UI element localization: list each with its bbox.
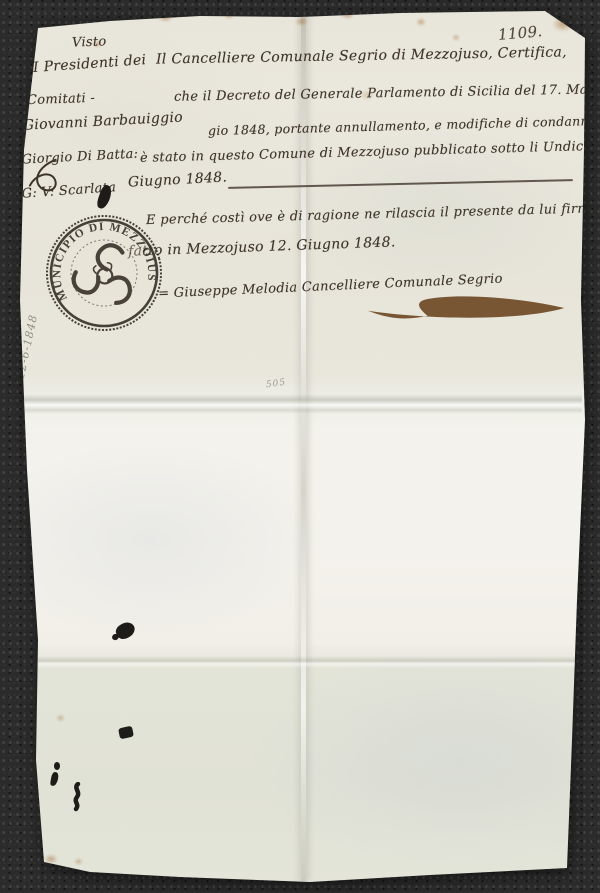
document-photo: 1109. Visto I Presidenti dei Comitati - … xyxy=(0,0,600,893)
paper-sheet: 1109. Visto I Presidenti dei Comitati - … xyxy=(0,0,600,893)
fold-crease-horizontal-1 xyxy=(22,394,582,414)
body-line-7: fatto in Mezzojuso 12. Giugno 1848. xyxy=(128,234,396,259)
ink-squiggle xyxy=(68,782,88,812)
paraph-flourish xyxy=(21,155,74,201)
body-line-5: Giugno 1848. xyxy=(128,169,228,190)
ink-mark xyxy=(50,771,59,786)
page-number: 1109. xyxy=(497,22,543,44)
ink-blot xyxy=(111,633,120,641)
body-line-2: che il Decreto del Generale Parlamento d… xyxy=(174,82,600,104)
fold-crease-horizontal-2 xyxy=(30,656,578,668)
margin-visto: Visto xyxy=(72,34,107,50)
foxing-stain xyxy=(44,854,58,864)
foxing-stain xyxy=(56,714,65,722)
fold-crease-vertical xyxy=(301,12,306,881)
body-line-1: Il Cancelliere Comunale Segrio di Mezzoj… xyxy=(156,44,567,67)
foxing-stain xyxy=(224,11,234,19)
foxing-stain xyxy=(74,858,83,865)
photo-background: 1109. Visto I Presidenti dei Comitati - … xyxy=(0,0,600,893)
ink-mark xyxy=(54,762,60,770)
body-line-6: E perché costì ove è di ragione ne rilas… xyxy=(146,201,600,228)
ink-blot xyxy=(118,726,134,740)
foxing-stain xyxy=(340,9,355,19)
margin-presidenti: I Presidenti dei xyxy=(33,52,147,76)
pencil-number-note: 505 xyxy=(265,378,286,391)
foxing-stain xyxy=(416,18,426,26)
body-line-4: è stato in questo Comune di Mezzojuso pu… xyxy=(140,139,588,166)
pencil-date-note: 12-6-1848 xyxy=(12,306,41,387)
foxing-stain xyxy=(552,16,574,32)
handwritten-rule-line xyxy=(228,179,573,189)
signature-flourish xyxy=(361,288,574,333)
margin-comitati: Comitati - xyxy=(27,91,96,108)
foxing-stain xyxy=(452,34,460,41)
foxing-stain xyxy=(158,12,173,22)
margin-name-barbauiggio: = Giovanni Barbauiggio xyxy=(6,109,184,134)
body-line-3: gio 1848, portante annullamento, e modif… xyxy=(208,113,600,138)
